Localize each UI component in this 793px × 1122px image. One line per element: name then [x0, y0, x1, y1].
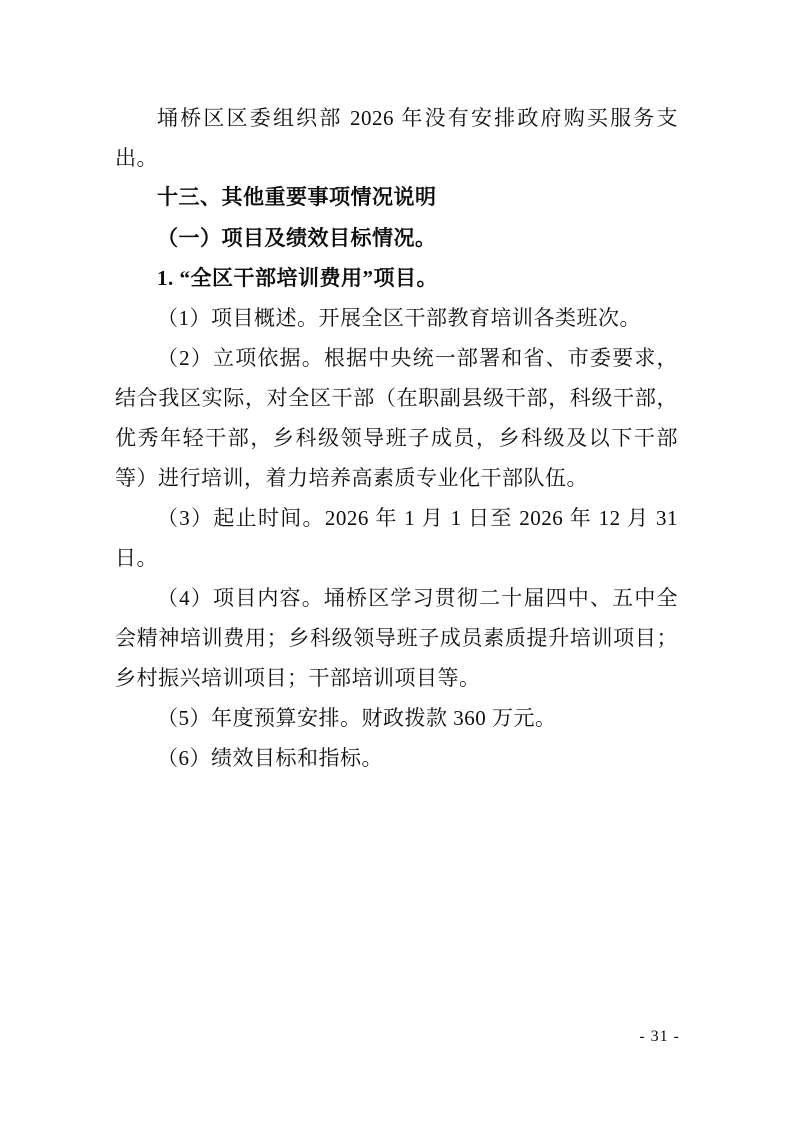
section-heading: 1. “全区干部培训费用”项目。: [115, 258, 678, 298]
section-heading: （一）项目及绩效目标情况。: [115, 218, 678, 258]
paragraph: （2）立项依据。根据中央统一部署和省、市委要求，结合我区实际，对全区干部（在职副…: [115, 338, 678, 498]
paragraph: 埇桥区区委组织部 2026 年没有安排政府购买服务支出。: [115, 98, 678, 178]
paragraph: （3）起止时间。2026 年 1 月 1 日至 2026 年 12 月 31 日…: [115, 498, 678, 578]
section-heading: 十三、其他重要事项情况说明: [115, 178, 678, 218]
document-body: 埇桥区区委组织部 2026 年没有安排政府购买服务支出。十三、其他重要事项情况说…: [115, 98, 678, 778]
page-number: - 31 -: [639, 1026, 680, 1048]
paragraph: （6）绩效目标和指标。: [115, 738, 678, 778]
paragraph: （5）年度预算安排。财政拨款 360 万元。: [115, 698, 678, 738]
paragraph: （4）项目内容。埇桥区学习贯彻二十届四中、五中全会精神培训费用；乡科级领导班子成…: [115, 578, 678, 698]
document-page: 埇桥区区委组织部 2026 年没有安排政府购买服务支出。十三、其他重要事项情况说…: [0, 0, 793, 1122]
paragraph: （1）项目概述。开展全区干部教育培训各类班次。: [115, 298, 678, 338]
